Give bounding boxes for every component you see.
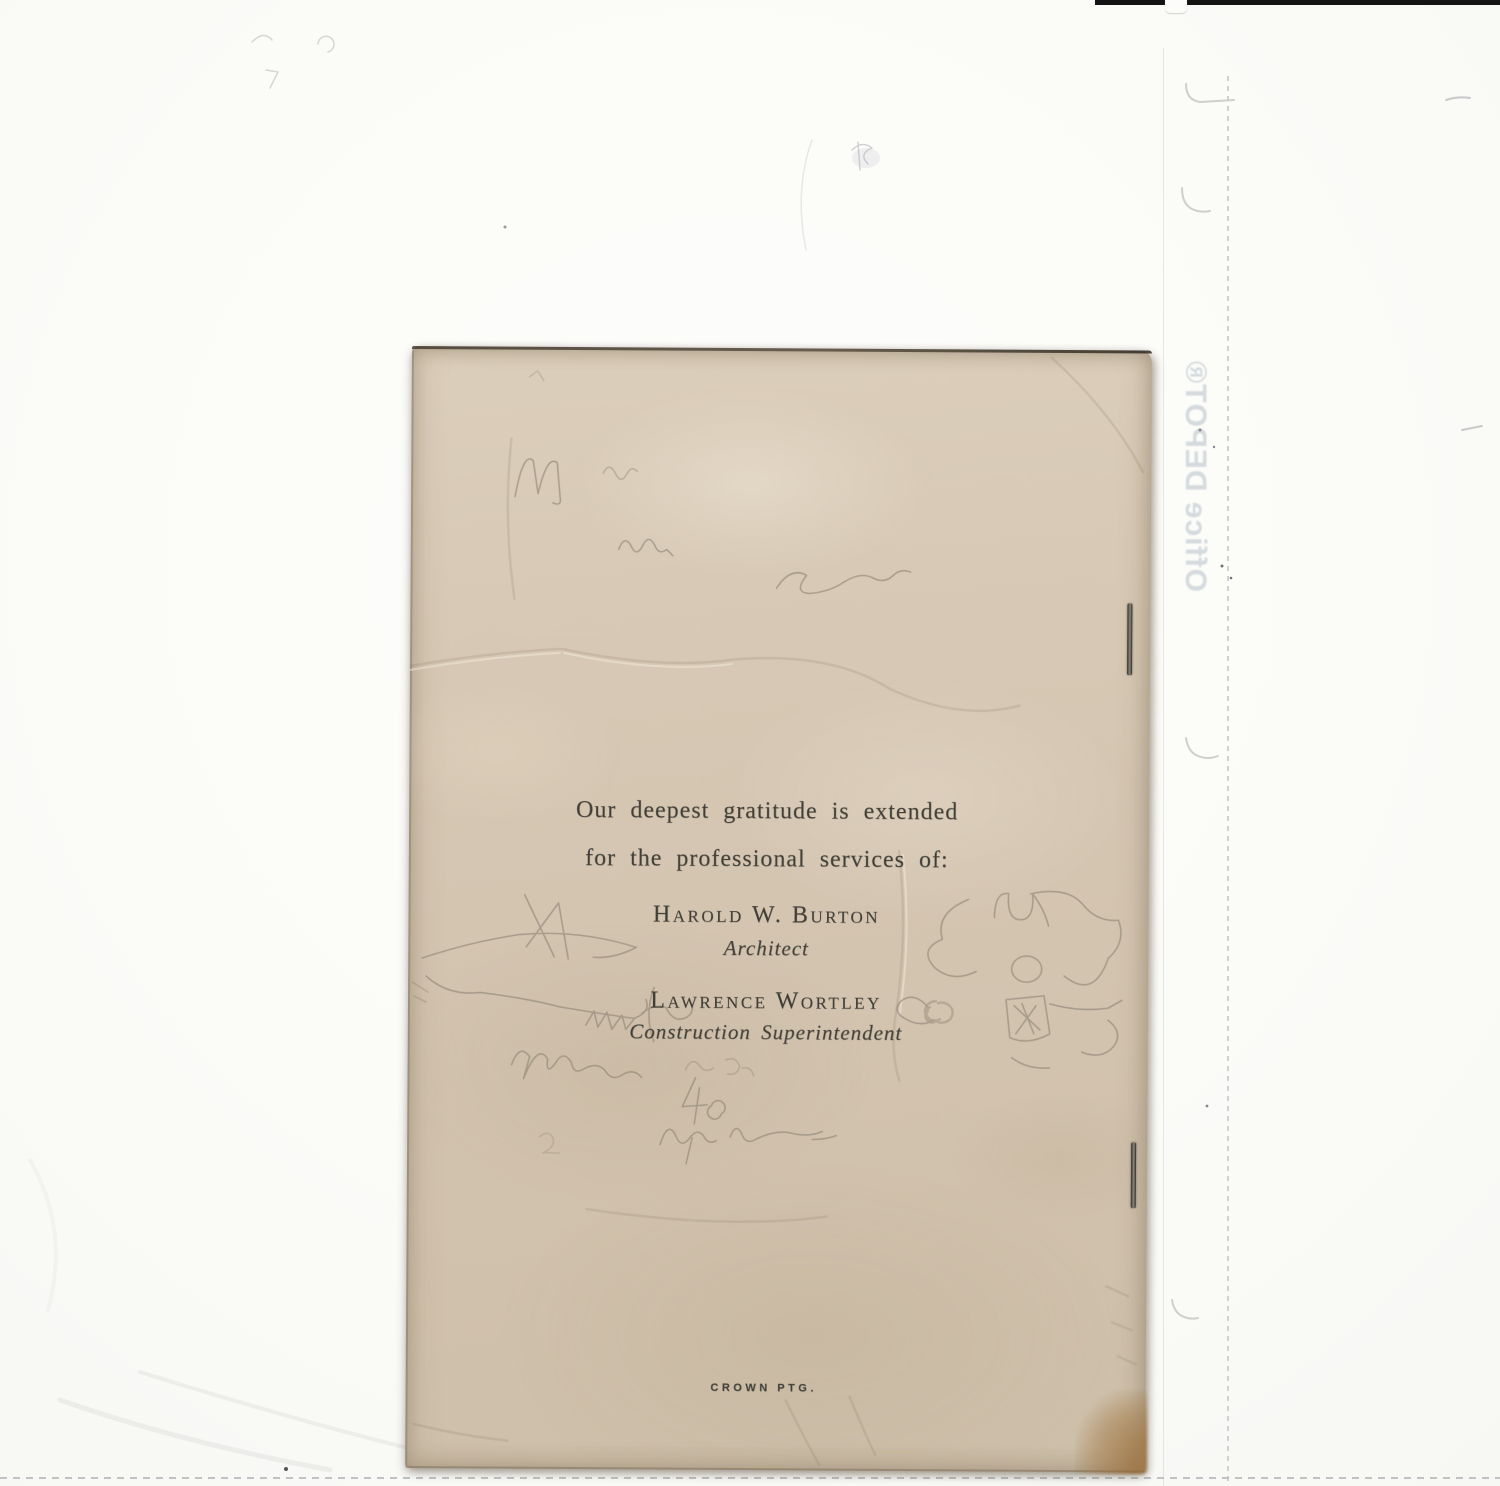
sleeve-notch-tab xyxy=(1165,0,1187,13)
backing-sheet-edge xyxy=(1163,48,1164,1486)
staple-top xyxy=(1127,603,1132,675)
printer-credit: CROWN PTG. xyxy=(394,1380,1134,1397)
credit-role-architect: Architect xyxy=(396,934,1136,964)
vertical-perforation-line xyxy=(1227,76,1229,1486)
scanner-edge-strip xyxy=(1095,0,1500,5)
booklet-top-edge xyxy=(412,346,1152,354)
office-depot-watermark: Office DEPOT® xyxy=(1158,368,1232,584)
bottom-sleeve-edge-line xyxy=(0,1477,1500,1479)
credit-name-superintendent: Lawrence Wortley xyxy=(396,986,1136,1018)
credit-name-architect: Harold W. Burton xyxy=(396,900,1136,932)
scanned-page-background: Office DEPOT® xyxy=(0,0,1500,1486)
staple-bottom xyxy=(1131,1142,1136,1208)
gratitude-line-2: for the professional services of: xyxy=(397,844,1137,876)
booklet-bottom-edge xyxy=(405,1466,1145,1473)
corner-stain xyxy=(1075,1390,1148,1474)
watermark-text: Office DEPOT® xyxy=(1178,360,1212,592)
credit-role-superintendent: Construction Superintendent xyxy=(396,1018,1136,1048)
booklet-page: Our deepest gratitude is extended for th… xyxy=(405,346,1152,1472)
gratitude-line-1: Our deepest gratitude is extended xyxy=(397,796,1137,828)
